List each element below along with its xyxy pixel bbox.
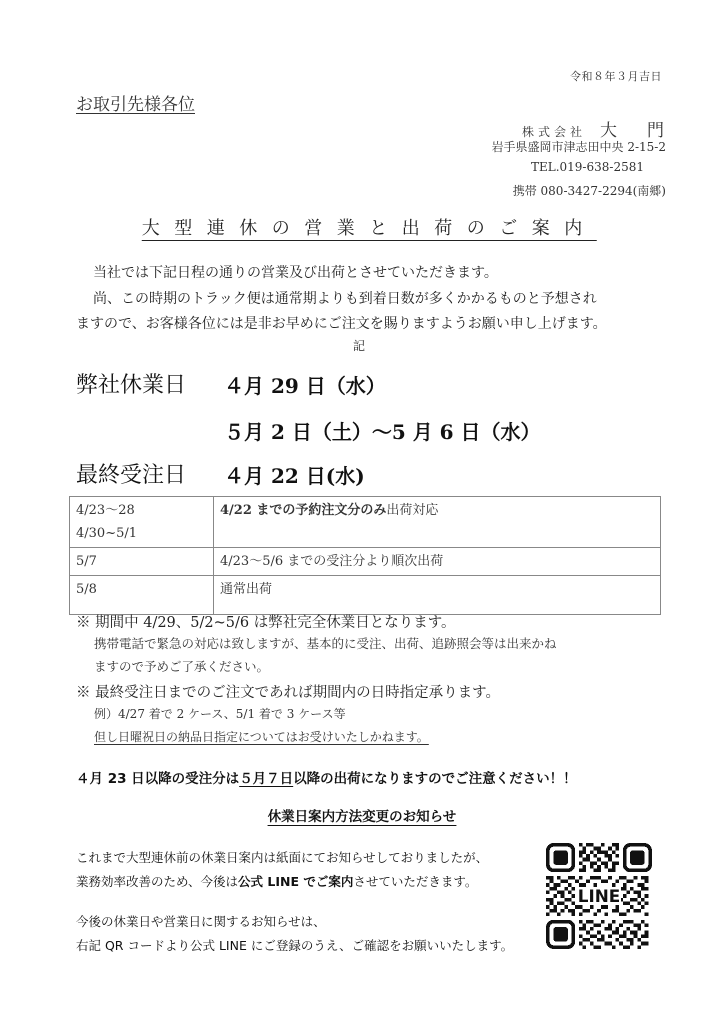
document-date: 令和８年３月吉日	[570, 68, 662, 84]
company-address: 岩手県盛岡市津志田中央 2-15-2	[492, 138, 666, 155]
line-notice-line-3: 今後の休業日や営業日に関するお知らせは、	[76, 912, 326, 930]
note-delivery-date: ※ 最終受注日までのご注文であれば期間内の日時指定承ります。	[76, 681, 500, 702]
company-mobile: 携帯 080-3427-2294(南郷)	[513, 182, 666, 199]
period-cell: 4/23～28 4/30~5/1	[70, 497, 214, 548]
line-notice-text: させていただきます。	[353, 874, 477, 889]
document-title: 大型連休の営業と出荷のご案内	[0, 214, 724, 240]
line-notice-title-text: 休業日案内方法変更のお知らせ	[268, 809, 457, 825]
detail-text: 出荷対応	[386, 503, 438, 518]
document-title-text: 大型連休の営業と出荷のご案内	[142, 218, 597, 239]
line-notice-bold: 公式 LINE でご案内	[238, 874, 353, 889]
last-order-label: 最終受注日	[76, 458, 186, 489]
detail-bold-text: 4/22 までの予約注文分のみ	[220, 503, 386, 518]
note-closed-days: ※ 期間中 4/29、5/2~5/6 は弊社完全休業日となります。	[76, 611, 456, 632]
table-row: 5/7 4/23～5/6 までの受注分より順次出荷	[70, 548, 661, 576]
note-delivery-example: 例）4/27 着で 2 ケース、5/1 着で 3 ケース等	[94, 705, 346, 722]
detail-cell: 4/23～5/6 までの受注分より順次出荷	[214, 548, 661, 576]
intro-line-3: ますので、お客様各位には是非お早めにご注文を賜りますようお願い申し上げます。	[76, 313, 724, 333]
warning-text: ４月 23 日以降の受注分は	[76, 771, 239, 787]
note-closed-days-detail-1: 携帯電話で緊急の対応は致しますが、基本的に受注、出荷、追跡照会等は出来かね	[94, 634, 557, 652]
period-cell: 5/8	[70, 576, 214, 615]
detail-cell: 通常出荷	[214, 576, 661, 615]
shipping-warning: ４月 23 日以降の受注分は５月７日以降の出荷になりますのでご注意ください！！	[76, 767, 577, 787]
intro-line-2: 尚、この時期のトラック便は通常期よりも到着日数が多くかかるものと予想され	[93, 288, 724, 308]
addressee: お取引先様各位	[76, 90, 195, 115]
line-notice-line-4: 右記 QR コードより公式 LINE にご登録のうえ、ご確認をお願いいたします。	[76, 936, 513, 954]
shipping-schedule-table: 4/23～28 4/30~5/1 4/22 までの予約注文分のみ出荷対応 5/7…	[69, 496, 661, 615]
line-notice-line-1: これまで大型連休前の休業日案内は紙面にてお知らせしておりましたが、	[76, 848, 488, 866]
warning-date: ５月７日	[239, 771, 293, 787]
warning-text: 以降の出荷になりますのでご注意ください！！	[293, 771, 577, 787]
holidays-label: 弊社休業日	[76, 368, 186, 399]
holiday-date-1: ４月 29 日（水）	[224, 370, 386, 399]
note-delivery-exception: 但し日曜祝日の納品日指定についてはお受けいたしかねます。	[94, 728, 429, 745]
note-closed-days-detail-2: ますので予めご了承ください。	[94, 657, 269, 675]
period-text: 4/30~5/1	[76, 522, 207, 545]
line-qr-code-icon[interactable]: LINE	[546, 843, 652, 949]
table-row: 5/8 通常出荷	[70, 576, 661, 615]
holiday-date-2: ５月 2 日（土）～5 月 6 日（水）	[224, 416, 541, 445]
intro-line-1: 当社では下記日程の通りの営業及び出荷とさせていただきます。	[93, 262, 724, 282]
period-text: 4/23～28	[76, 499, 207, 522]
table-row: 4/23～28 4/30~5/1 4/22 までの予約注文分のみ出荷対応	[70, 497, 661, 548]
company-prefix: 株式会社	[522, 125, 586, 139]
line-notice-line-2: 業務効率改善のため、今後は公式 LINE でご案内させていただきます。	[76, 872, 477, 890]
qr-line-label: LINE	[578, 886, 620, 906]
detail-cell: 4/22 までの予約注文分のみ出荷対応	[214, 497, 661, 548]
period-cell: 5/7	[70, 548, 214, 576]
ki-marker: 記	[353, 337, 724, 354]
company-tel: TEL.019-638-2581	[531, 160, 644, 174]
line-notice-title: 休業日案内方法変更のお知らせ	[0, 805, 724, 825]
last-order-date: ４月 22 日(水)	[224, 460, 365, 489]
line-notice-text: 業務効率改善のため、今後は	[76, 874, 238, 889]
